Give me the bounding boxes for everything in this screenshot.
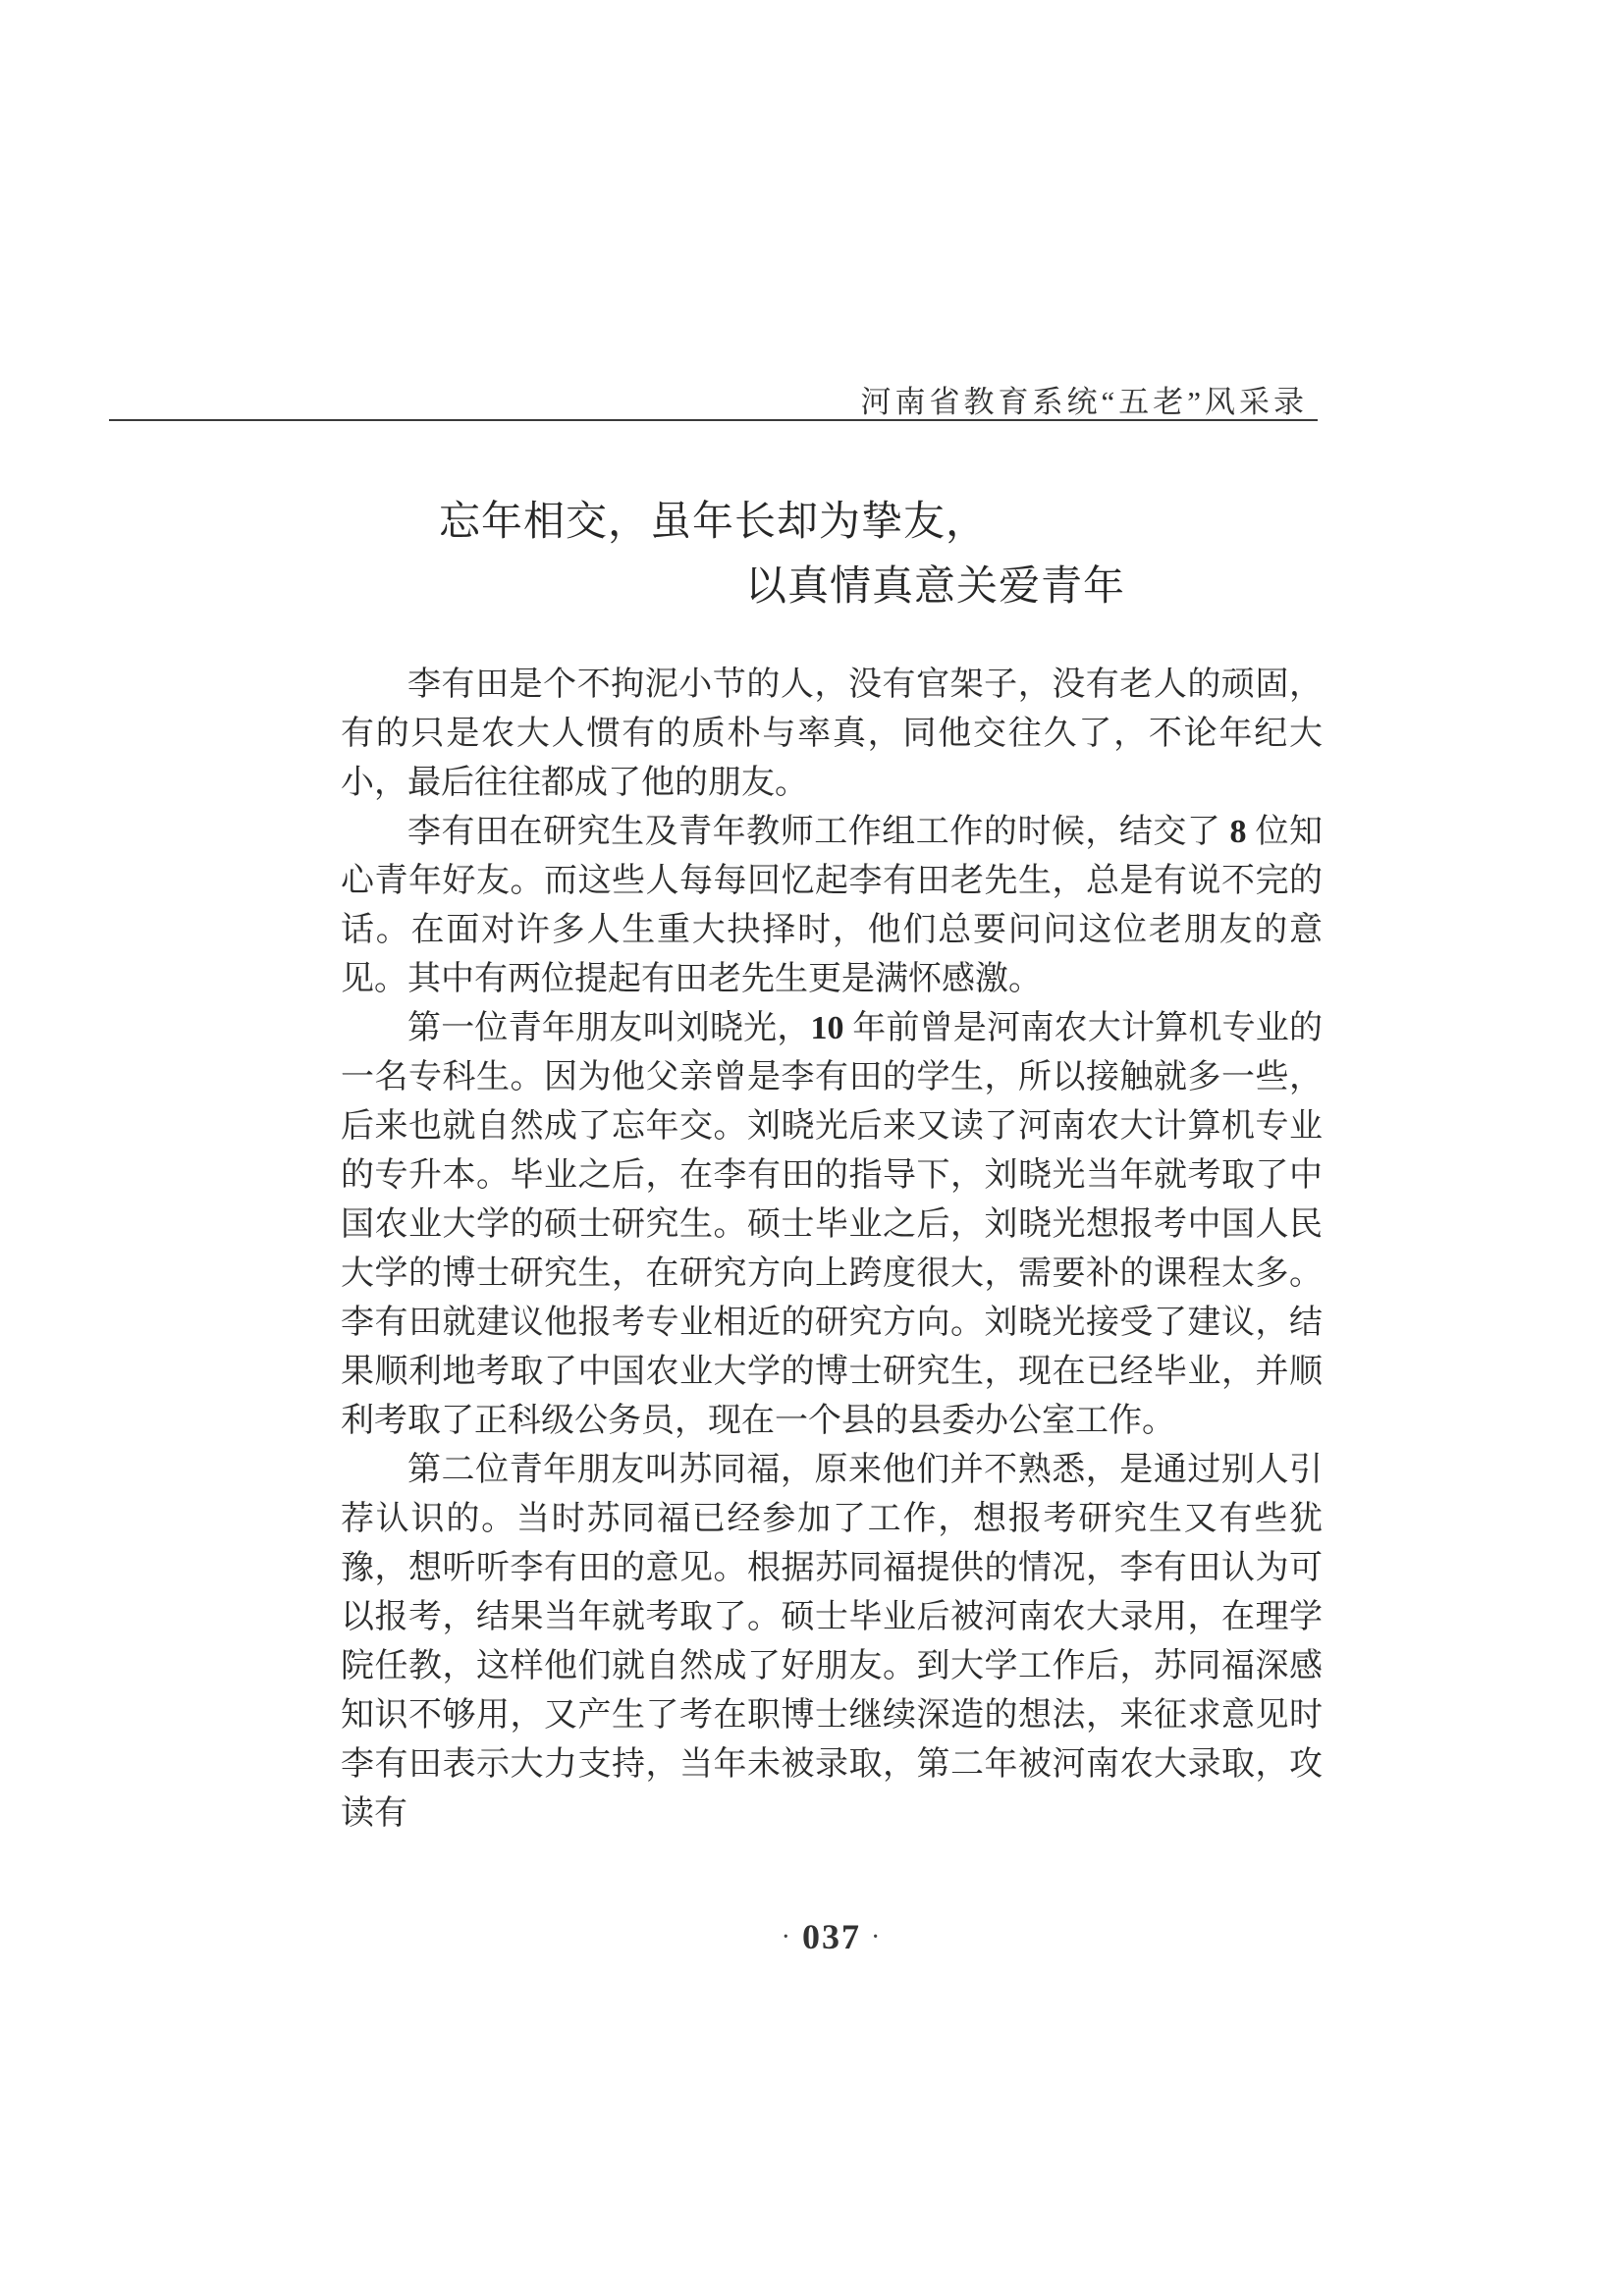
paragraph-text: 第一位青年朋友叫刘晓光， — [407, 1010, 811, 1046]
body-text: 李有田是个不拘泥小节的人，没有官架子，没有老人的顽固，有的只是农大人惯有的质朴与… — [341, 661, 1323, 1839]
paragraph-text: 年前曾是河南农大计算机专业的一名专科生。因为他父亲曾是李有田的学生，所以接触就多… — [341, 1010, 1323, 1439]
chapter-title-line2: 以真情真意关爱青年 — [745, 561, 1335, 613]
body-paragraph: 第二位青年朋友叫苏同福，原来他们并不熟悉，是通过别人引荐认识的。当时苏同福已经参… — [341, 1446, 1323, 1839]
body-paragraph: 李有田在研究生及青年教师工作组工作的时候，结交了 8 位知心青年好友。而这些人每… — [341, 808, 1323, 1004]
page-number: ·037· — [341, 1916, 1323, 1957]
document-page: 河南省教育系统“五老”风采录 忘年相交，虽年长却为挚友， 以真情真意关爱青年 李… — [0, 0, 1623, 2296]
page-number-value: 037 — [802, 1917, 861, 1956]
chapter-title: 忘年相交，虽年长却为挚友， 以真情真意关爱青年 — [341, 497, 1335, 613]
running-header: 河南省教育系统“五老”风采录 — [109, 385, 1308, 420]
paragraph-text: 李有田是个不拘泥小节的人，没有官架子，没有老人的顽固，有的只是农大人惯有的质朴与… — [341, 667, 1323, 801]
header-rule — [109, 419, 1318, 421]
bold-number: 10 — [811, 1010, 844, 1046]
paragraph-text: 第二位青年朋友叫苏同福，原来他们并不熟悉，是通过别人引荐认识的。当时苏同福已经参… — [341, 1452, 1323, 1832]
page-number-left-dot: · — [772, 1922, 802, 1952]
page-number-right-dot: · — [861, 1922, 892, 1952]
chapter-title-line1: 忘年相交，虽年长却为挚友， — [439, 497, 1335, 548]
body-paragraph: 第一位青年朋友叫刘晓光，10 年前曾是河南农大计算机专业的一名专科生。因为他父亲… — [341, 1004, 1323, 1446]
bold-number: 8 — [1229, 814, 1246, 850]
paragraph-text: 李有田在研究生及青年教师工作组工作的时候，结交了 — [407, 814, 1229, 850]
body-paragraph: 李有田是个不拘泥小节的人，没有官架子，没有老人的顽固，有的只是农大人惯有的质朴与… — [341, 661, 1323, 808]
